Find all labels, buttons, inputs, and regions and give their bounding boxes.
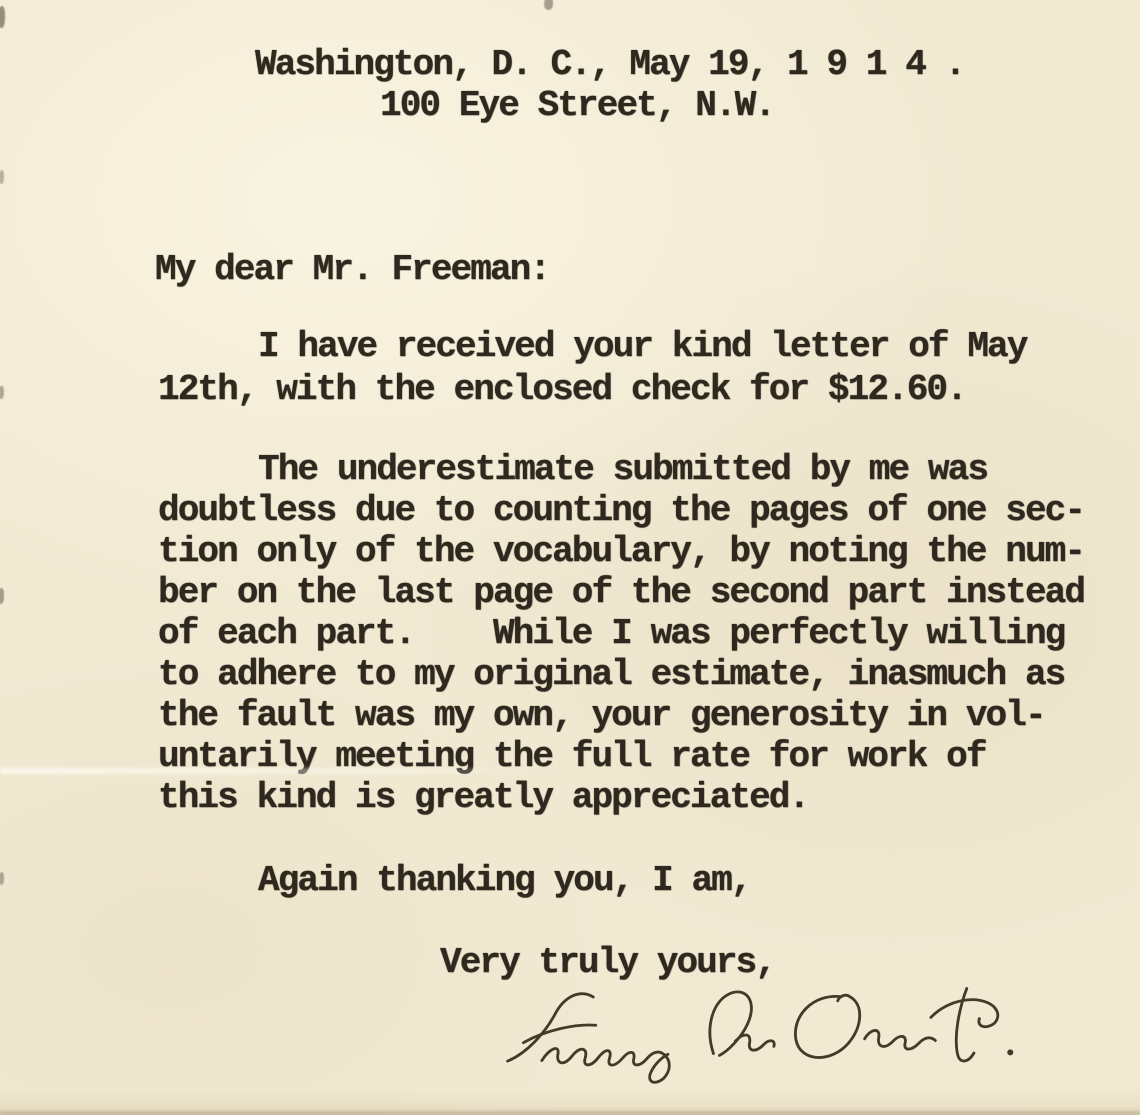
body-line: of each part. While I was perfectly will… [158,613,1084,654]
scan-artifact [0,588,4,604]
letterhead: Washington, D. C., May 19, 1 9 1 4 . 100… [255,44,964,126]
scan-artifact [544,0,553,10]
sender-address: 100 Eye Street, N.W. [255,85,964,126]
salutation: My dear Mr. Freeman: [155,249,549,290]
body-line: ber on the last page of the second part … [158,572,1084,613]
scan-artifact [0,170,4,184]
valediction: Very truly yours, [440,942,775,983]
body-paragraph-2: The underestimate submitted by me was do… [158,449,1084,818]
closing-line: Again thanking you, I am, [158,860,751,901]
dateline: Washington, D. C., May 19, 1 9 1 4 . [255,44,964,85]
body-line: Again thanking you, I am, [158,860,751,901]
body-line: I have received your kind letter of May [158,325,1026,368]
salutation-line: My dear Mr. Freeman: [155,249,549,290]
body-line: doubtless due to counting the pages of o… [158,490,1084,531]
scan-artifact [0,386,4,399]
signature [496,975,1023,1089]
body-line: this kind is greatly appreciated. [158,777,1084,818]
valediction-line: Very truly yours, [440,942,775,983]
letter-scan: { "colors": { "paper": "#f1e9d2", "ink":… [0,0,1140,1115]
body-line: to adhere to my original estimate, inasm… [158,654,1084,695]
body-line: The underestimate submitted by me was [158,449,1084,490]
scan-artifact [0,872,4,885]
body-line: untarily meeting the full rate for work … [158,736,1084,777]
body-line: tion only of the vocabulary, by noting t… [158,531,1084,572]
scan-artifact [0,6,5,28]
body-paragraph-1: I have received your kind letter of May … [158,325,1026,411]
scan-edge-shadow [0,1111,1140,1115]
body-line: the fault was my own, your generosity in… [158,695,1084,736]
body-line: 12th, with the enclosed check for $12.60… [158,368,1026,411]
signature-ink-strokes [496,975,1023,1089]
